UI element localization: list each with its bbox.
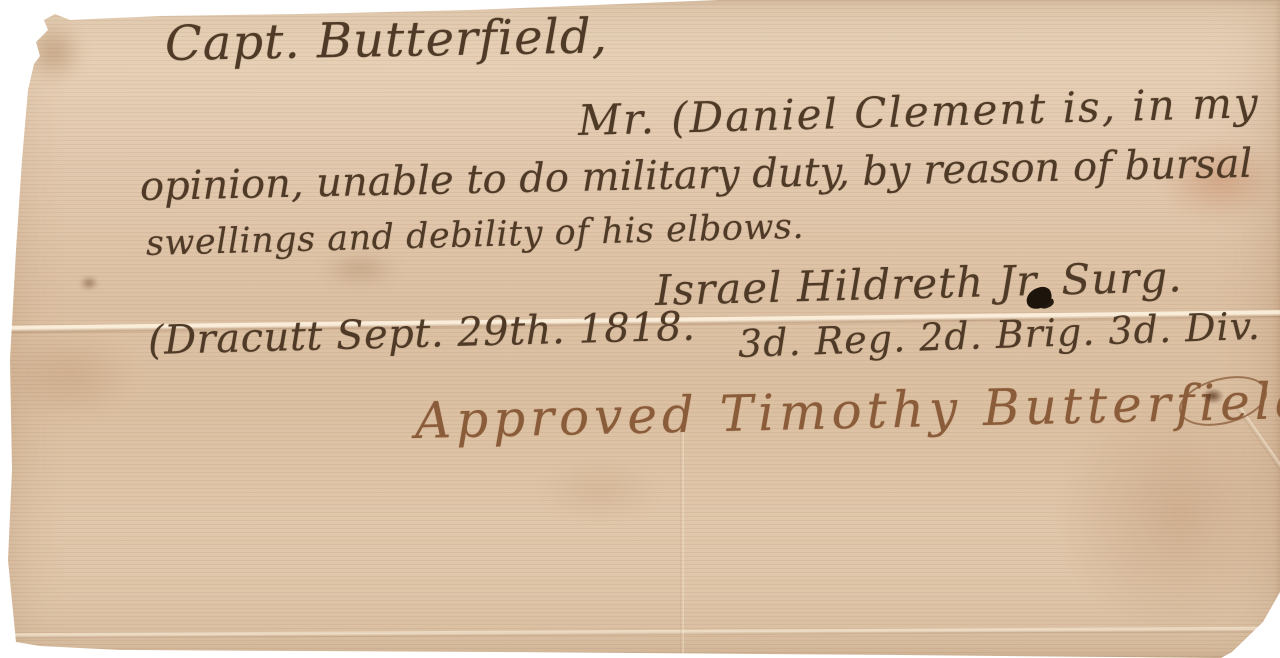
- stain: [540, 460, 660, 520]
- body-line-3: swellings and debility of his elbows.: [145, 207, 804, 264]
- paper-sheet: Capt. Butterfield, Mr. (Daniel Clement i…: [0, 0, 1280, 658]
- vertical-crease: [680, 420, 684, 658]
- place-date-line: (Dracutt Sept. 29th. 1818.: [147, 304, 696, 364]
- stain: [80, 276, 98, 290]
- salutation-line: Capt. Butterfield,: [165, 8, 609, 72]
- body-line-1: Mr. (Daniel Clement is, in my: [577, 78, 1260, 145]
- regiment-line: 3d. Reg. 2d. Brig. 3d. Div.: [737, 304, 1261, 366]
- body-line-2: opinion, unable to do military duty, by …: [140, 141, 1253, 210]
- document-scan: Capt. Butterfield, Mr. (Daniel Clement i…: [0, 0, 1280, 658]
- ink-smudge: [1202, 388, 1224, 404]
- stain: [24, 22, 84, 82]
- stain: [0, 330, 140, 420]
- bottom-fold-crease: [0, 627, 1280, 640]
- approval-signature-line: Approved Timothy Butterfield: [414, 372, 1280, 450]
- surgeon-signature-line: Israel Hildreth Jr. Surg.: [654, 252, 1183, 315]
